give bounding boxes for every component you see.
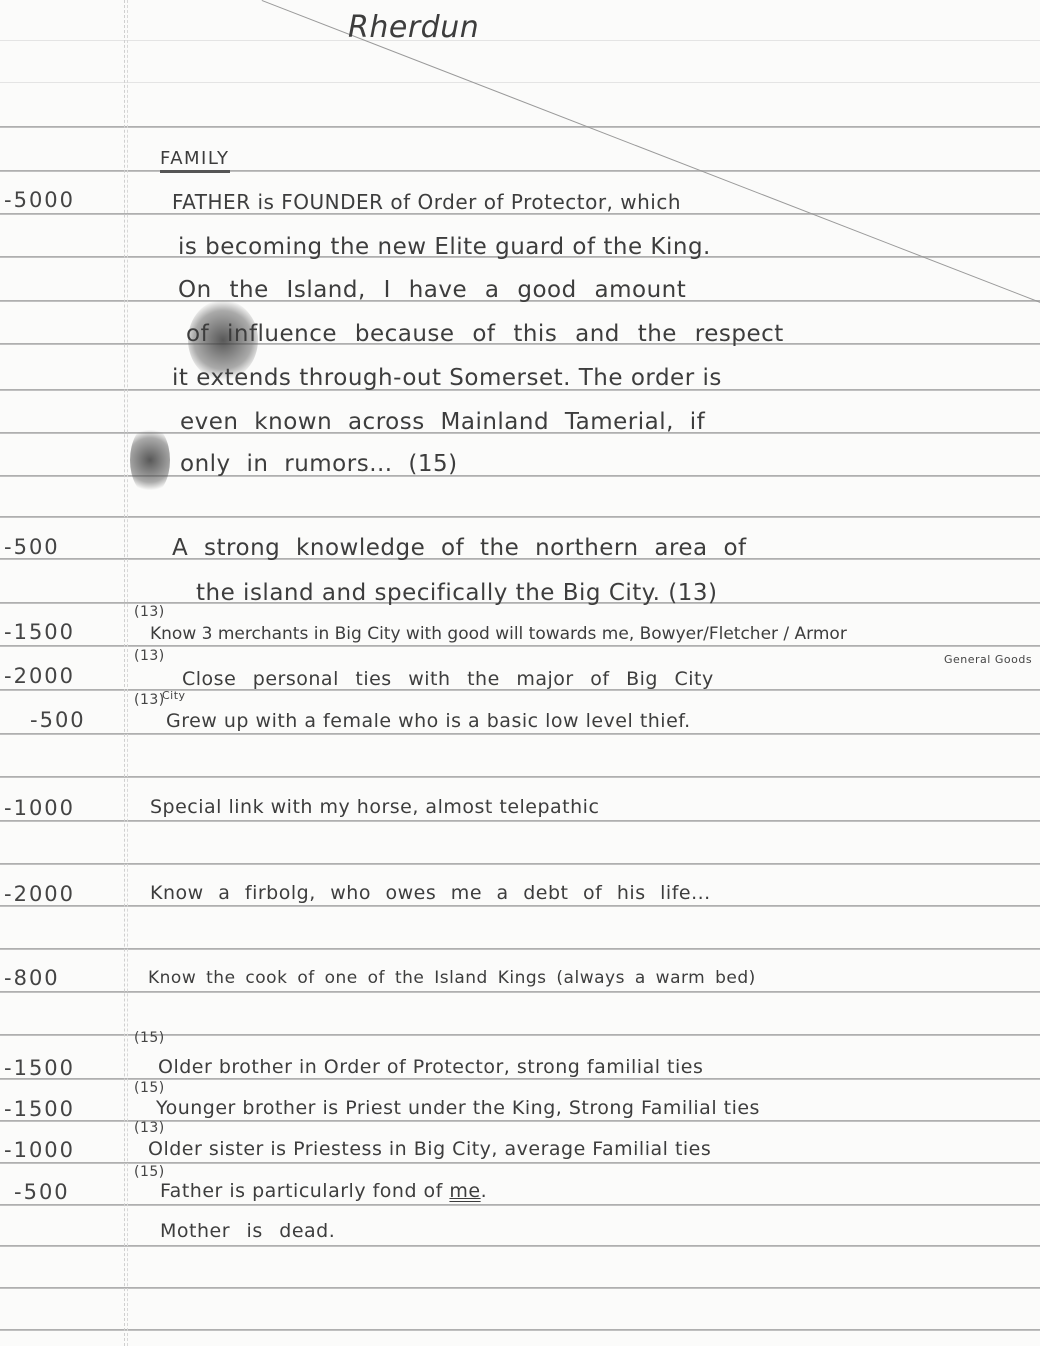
entry-line: FATHER is FOUNDER of Order of Protector,…	[172, 190, 681, 214]
entry-line: On the Island, I have a good amount	[178, 277, 686, 303]
margin-line	[124, 0, 128, 1346]
ruled-line	[0, 991, 1040, 993]
entry-cost: -1500	[4, 1056, 75, 1080]
entry-line: Grew up with a female who is a basic low…	[166, 710, 691, 732]
ruled-line	[0, 126, 1040, 128]
entry-line: Close personal ties with the major of Bi…	[182, 668, 714, 690]
entry-cost: -1500	[4, 620, 75, 644]
entry-cost: -1000	[4, 1138, 75, 1162]
entry-line: is becoming the new Elite guard of the K…	[178, 234, 711, 260]
ruled-line	[0, 905, 1040, 907]
margin-note: General Goods	[944, 654, 1034, 666]
entry-line: Know a firbolg, who owes me a debt of hi…	[150, 882, 711, 904]
ruled-line	[0, 516, 1040, 518]
entry-line: of influence because of this and the res…	[186, 321, 784, 347]
entry-line: Mother is dead.	[160, 1220, 335, 1242]
entry-line: Know 3 merchants in Big City with good w…	[150, 624, 847, 644]
entry-line: A strong knowledge of the northern area …	[172, 535, 747, 561]
entry-cost: -2000	[4, 882, 75, 906]
entry-cost: -500	[4, 535, 60, 559]
ruled-line	[0, 948, 1040, 950]
ruled-line	[0, 1245, 1040, 1247]
entry-line: even known across Mainland Tamerial, if	[180, 409, 705, 435]
ruled-line	[0, 40, 1040, 41]
ruled-line	[0, 82, 1040, 83]
ruled-line	[0, 820, 1040, 822]
entry-cost: -2000	[4, 664, 75, 688]
entry-line: Special link with my horse, almost telep…	[150, 796, 599, 818]
entry-superscript: City	[162, 690, 186, 702]
entry-score: (15)	[134, 1164, 165, 1180]
entry-cost: -1000	[4, 796, 75, 820]
entry-line: Younger brother is Priest under the King…	[156, 1097, 760, 1119]
ruled-line	[0, 645, 1040, 647]
entry-text: .	[481, 1180, 488, 1202]
entry-score: (15)	[134, 1080, 165, 1096]
ruled-line	[0, 776, 1040, 778]
page-title: Rherdun	[348, 10, 479, 45]
ruled-line	[0, 863, 1040, 865]
entry-cost: -800	[4, 966, 60, 990]
entry-score: (13)	[134, 692, 165, 708]
entry-score: (13)	[134, 648, 165, 664]
entry-line: Father is particularly fond of me.	[160, 1180, 487, 1202]
ruled-line	[0, 1287, 1040, 1289]
entry-line: only in rumors... (15)	[180, 451, 458, 477]
entry-cost: -500	[14, 1180, 70, 1204]
entry-cost: -5000	[4, 188, 75, 212]
ruled-line	[0, 1329, 1040, 1331]
entry-line: Know the cook of one of the Island Kings…	[148, 968, 756, 988]
section-heading: FAMILY	[160, 148, 230, 173]
entry-score: (15)	[134, 1030, 165, 1046]
entry-score: (13)	[134, 604, 165, 620]
ink-smudge	[130, 425, 170, 495]
ruled-line	[0, 1204, 1040, 1206]
entry-text: Father is particularly fond of	[160, 1180, 449, 1202]
entry-line: the island and specifically the Big City…	[196, 580, 717, 606]
entry-score: (13)	[134, 1120, 165, 1136]
ruled-line	[0, 733, 1040, 735]
ruled-line	[0, 170, 1040, 172]
diagonal-pencil-line	[262, 0, 1040, 316]
entry-line: it extends through-out Somerset. The ord…	[172, 365, 722, 391]
entry-emphasis: me	[449, 1180, 480, 1202]
entry-cost: -500	[30, 708, 86, 732]
entry-line: Older brother in Order of Protector, str…	[158, 1056, 703, 1078]
entry-line: Older sister is Priestess in Big City, a…	[148, 1138, 711, 1160]
entry-cost: -1500	[4, 1097, 75, 1121]
